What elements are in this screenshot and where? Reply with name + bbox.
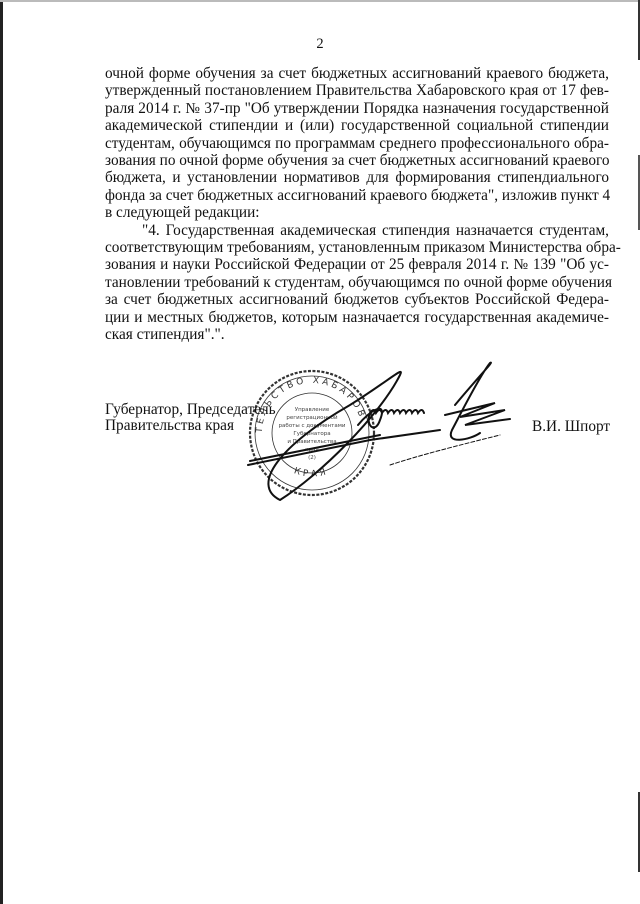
text-line: фонда за счет бюджетных ассигнований кра… — [105, 187, 609, 204]
text-line: зования и науки Российской Федерации от … — [105, 256, 609, 273]
text-line: студентам, обучающимся по программам сре… — [105, 135, 609, 152]
text-line: "4. Государственная академическая стипен… — [105, 222, 609, 239]
text-line: академической стипендии и (или) государс… — [105, 117, 609, 134]
signatory-position-line2: Правительства края — [105, 418, 276, 434]
svg-text:Губернатора: Губернатора — [293, 431, 330, 437]
text-line: раля 2014 г. № 37-пр "Об утверждении Пор… — [105, 100, 609, 117]
document-body: очной форме обучения за счет бюджетных а… — [105, 65, 609, 344]
text-line: за счет бюджетных ассигнований бюджетов … — [105, 291, 609, 308]
text-line: утвержденный постановлением Правительств… — [105, 82, 609, 99]
svg-text:(2): (2) — [308, 455, 316, 461]
text-line: в следующей редакции: — [105, 204, 609, 221]
svg-text:Управление: Управление — [295, 407, 330, 413]
text-line: тановлении требований к студентам, обуча… — [105, 274, 609, 291]
signatory-position: Губернатор, Председатель Правительства к… — [105, 402, 276, 434]
text-line: ская стипендия".". — [105, 326, 609, 343]
signatory-position-line1: Губернатор, Председатель — [105, 402, 276, 418]
text-line: соответствующим требованиям, установленн… — [105, 239, 609, 256]
official-stamp-and-signature: ТЕЛЬСТВО ХАБАРОВ КРАЯ Управление регистр… — [220, 355, 520, 515]
signatory-name: В.И. Шпорт — [532, 418, 610, 436]
text-line: ции и местных бюджетов, которым назначае… — [105, 309, 609, 326]
text-line: очной форме обучения за счет бюджетных а… — [105, 65, 609, 82]
scan-edge-top — [0, 0, 640, 2]
text-line: зования по очной форме обучения за счет … — [105, 152, 609, 169]
text-line: бюджета, и установлении нормативов для ф… — [105, 169, 609, 186]
page-number: 2 — [0, 36, 640, 53]
scan-edge-left — [0, 0, 3, 904]
